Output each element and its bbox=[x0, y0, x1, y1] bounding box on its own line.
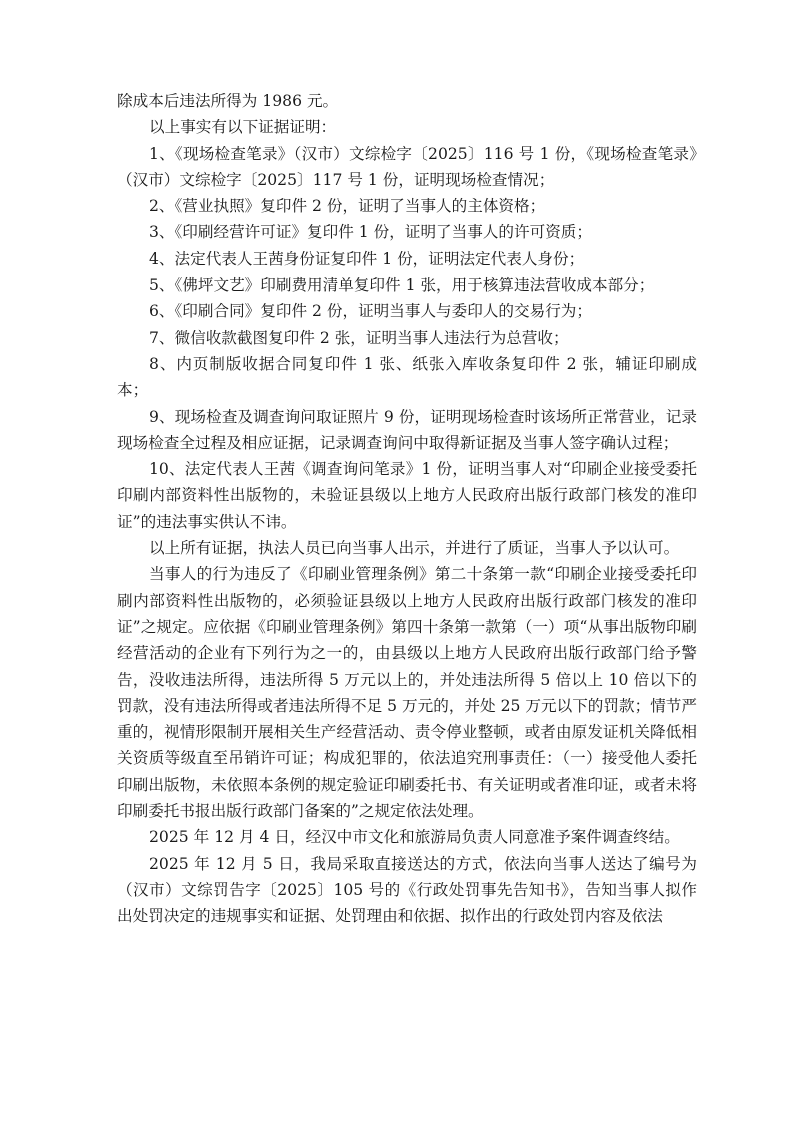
evidence-item-9: 9、现场检查及调查询问取证照片 9 份，证明现场检查时该场所正常营业，记录现场检… bbox=[117, 404, 697, 457]
evidence-item-8: 8、内页制版收据合同复印件 1 张、纸张入库收条复印件 2 张，辅证印刷成本； bbox=[117, 351, 697, 404]
paragraph-illegal-income: 除成本后违法所得为 1986 元。 bbox=[117, 88, 697, 114]
evidence-item-1: 1、《现场检查笔录》（汉市）文综检字〔2025〕116 号 1 份，《现场检查笔… bbox=[117, 141, 697, 194]
evidence-item-2: 2、《营业执照》复印件 2 份，证明了当事人的主体资格； bbox=[117, 193, 697, 219]
evidence-item-3: 3、《印刷经营许可证》复印件 1 份，证明了当事人的许可资质； bbox=[117, 219, 697, 245]
document-page: 除成本后违法所得为 1986 元。 以上事实有以下证据证明： 1、《现场检查笔录… bbox=[117, 88, 697, 930]
evidence-item-7: 7、微信收款截图复印件 2 张，证明当事人违法行为总营收； bbox=[117, 325, 697, 351]
paragraph-evidence-confirmed: 以上所有证据，执法人员已向当事人出示，并进行了质证，当事人予以认可。 bbox=[117, 535, 697, 561]
evidence-item-10: 10、法定代表人王茜《调查询问笔录》1 份，证明当事人对“印刷企业接受委托印刷内… bbox=[117, 456, 697, 535]
paragraph-evidence-intro: 以上事实有以下证据证明： bbox=[117, 114, 697, 140]
evidence-item-6: 6、《印刷合同》复印件 2 份，证明当事人与委印人的交易行为； bbox=[117, 298, 697, 324]
paragraph-notice-delivered: 2025 年 12 月 5 日，我局采取直接送达的方式，依法向当事人送达了编号为… bbox=[117, 851, 697, 930]
evidence-item-4: 4、法定代表人王茜身份证复印件 1 份，证明法定代表人身份； bbox=[117, 246, 697, 272]
evidence-item-5: 5、《佛坪文艺》印刷费用清单复印件 1 张，用于核算违法营收成本部分； bbox=[117, 272, 697, 298]
paragraph-legal-basis: 当事人的行为违反了《印刷业管理条例》第二十条第一款“印刷企业接受委托印刷内部资料… bbox=[117, 561, 697, 824]
paragraph-investigation-concluded: 2025 年 12 月 4 日，经汉中市文化和旅游局负责人同意准予案件调查终结。 bbox=[117, 824, 697, 850]
